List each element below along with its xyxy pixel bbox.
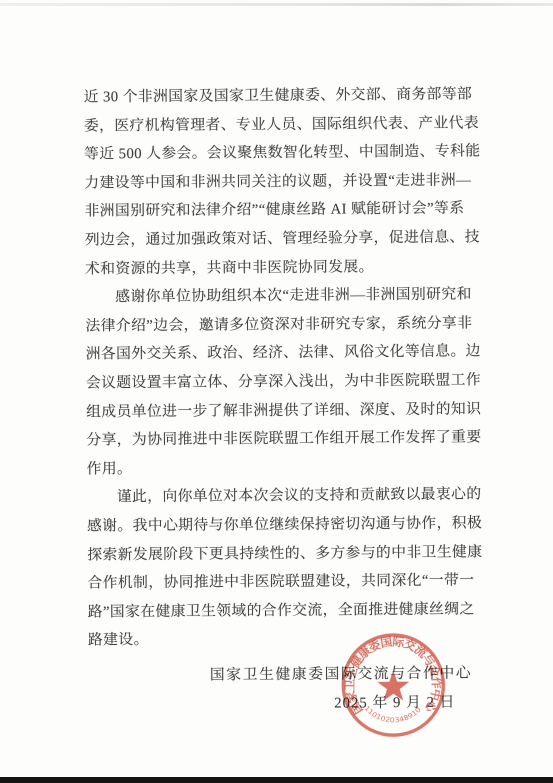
body-line: 分享，为协同推进中非医院联盟工作组开展工作发挥了重要 [86,423,486,455]
body-line: 等近 500 人参会。会议聚焦数智化转型、中国制造、专科能 [84,138,484,170]
body-line: 洲各国外交关系、政治、经济、法律、风俗文化等信息。边 [86,338,486,370]
body-line-paragraph-start: 谨此，向你单位对本次会议的支持和贡献致以最衷心的 [87,481,487,513]
body-line: 力建设等中国和非洲共同关注的议题，并设置“走进非洲— [84,166,484,198]
body-line: 路”国家在健康卫生领域的合作交流，全面推进健康丝绸之 [88,595,488,627]
body-line: 作用。 [86,452,486,484]
scanned-letter-page: 近 30 个非洲国家及国家卫生健康委、外交部、商务部等部 委，医疗机构管理者、专… [0,0,553,783]
body-line: 非洲国别研究和法律介绍”“健康丝路 AI 赋能研讨会”等系 [84,195,484,227]
scan-bottom-edge-band [0,777,553,783]
body-line: 法律介绍”边会，邀请多位资深对非研究专家，系统分享非 [85,309,485,341]
signature-date: 2025 年 9 月 2 日 [334,691,455,713]
body-line: 会议题设置丰富立体、分享深入浅出，为中非医院联盟工作 [86,366,486,398]
body-line: 探索新发展阶段下更具持续性的、多方参与的中非卫生健康 [87,538,487,570]
body-line: 列边会，通过加强政策对话、管理经验分享，促进信息、技 [85,223,485,255]
body-line-paragraph-start: 感谢你单位协助组织本次“走进非洲—非洲国别研究和 [85,281,485,313]
body-line: 合作机制，协同推进中非医院联盟建设，共同深化“一带一 [87,566,487,598]
letter-content: 近 30 个非洲国家及国家卫生健康委、外交部、商务部等部 委，医疗机构管理者、专… [0,0,553,783]
body-line: 感谢。我中心期待与你单位继续保持密切沟通与协作，积极 [87,509,487,541]
letter-body: 近 30 个非洲国家及国家卫生健康委、外交部、商务部等部 委，医疗机构管理者、专… [84,80,488,655]
body-line: 委，医疗机构管理者、专业人员、国际组织代表、产业代表 [84,109,484,141]
body-line: 术和资源的共享，共商中非医院协同发展。 [85,252,485,284]
body-line: 近 30 个非洲国家及国家卫生健康委、外交部、商务部等部 [84,80,484,112]
body-line: 路建设。 [88,624,488,656]
signature-organization: 国家卫生健康委国际交流与合作中心 [210,661,473,684]
body-line: 组成员单位进一步了解非洲提供了详细、深度、及时的知识 [86,395,486,427]
